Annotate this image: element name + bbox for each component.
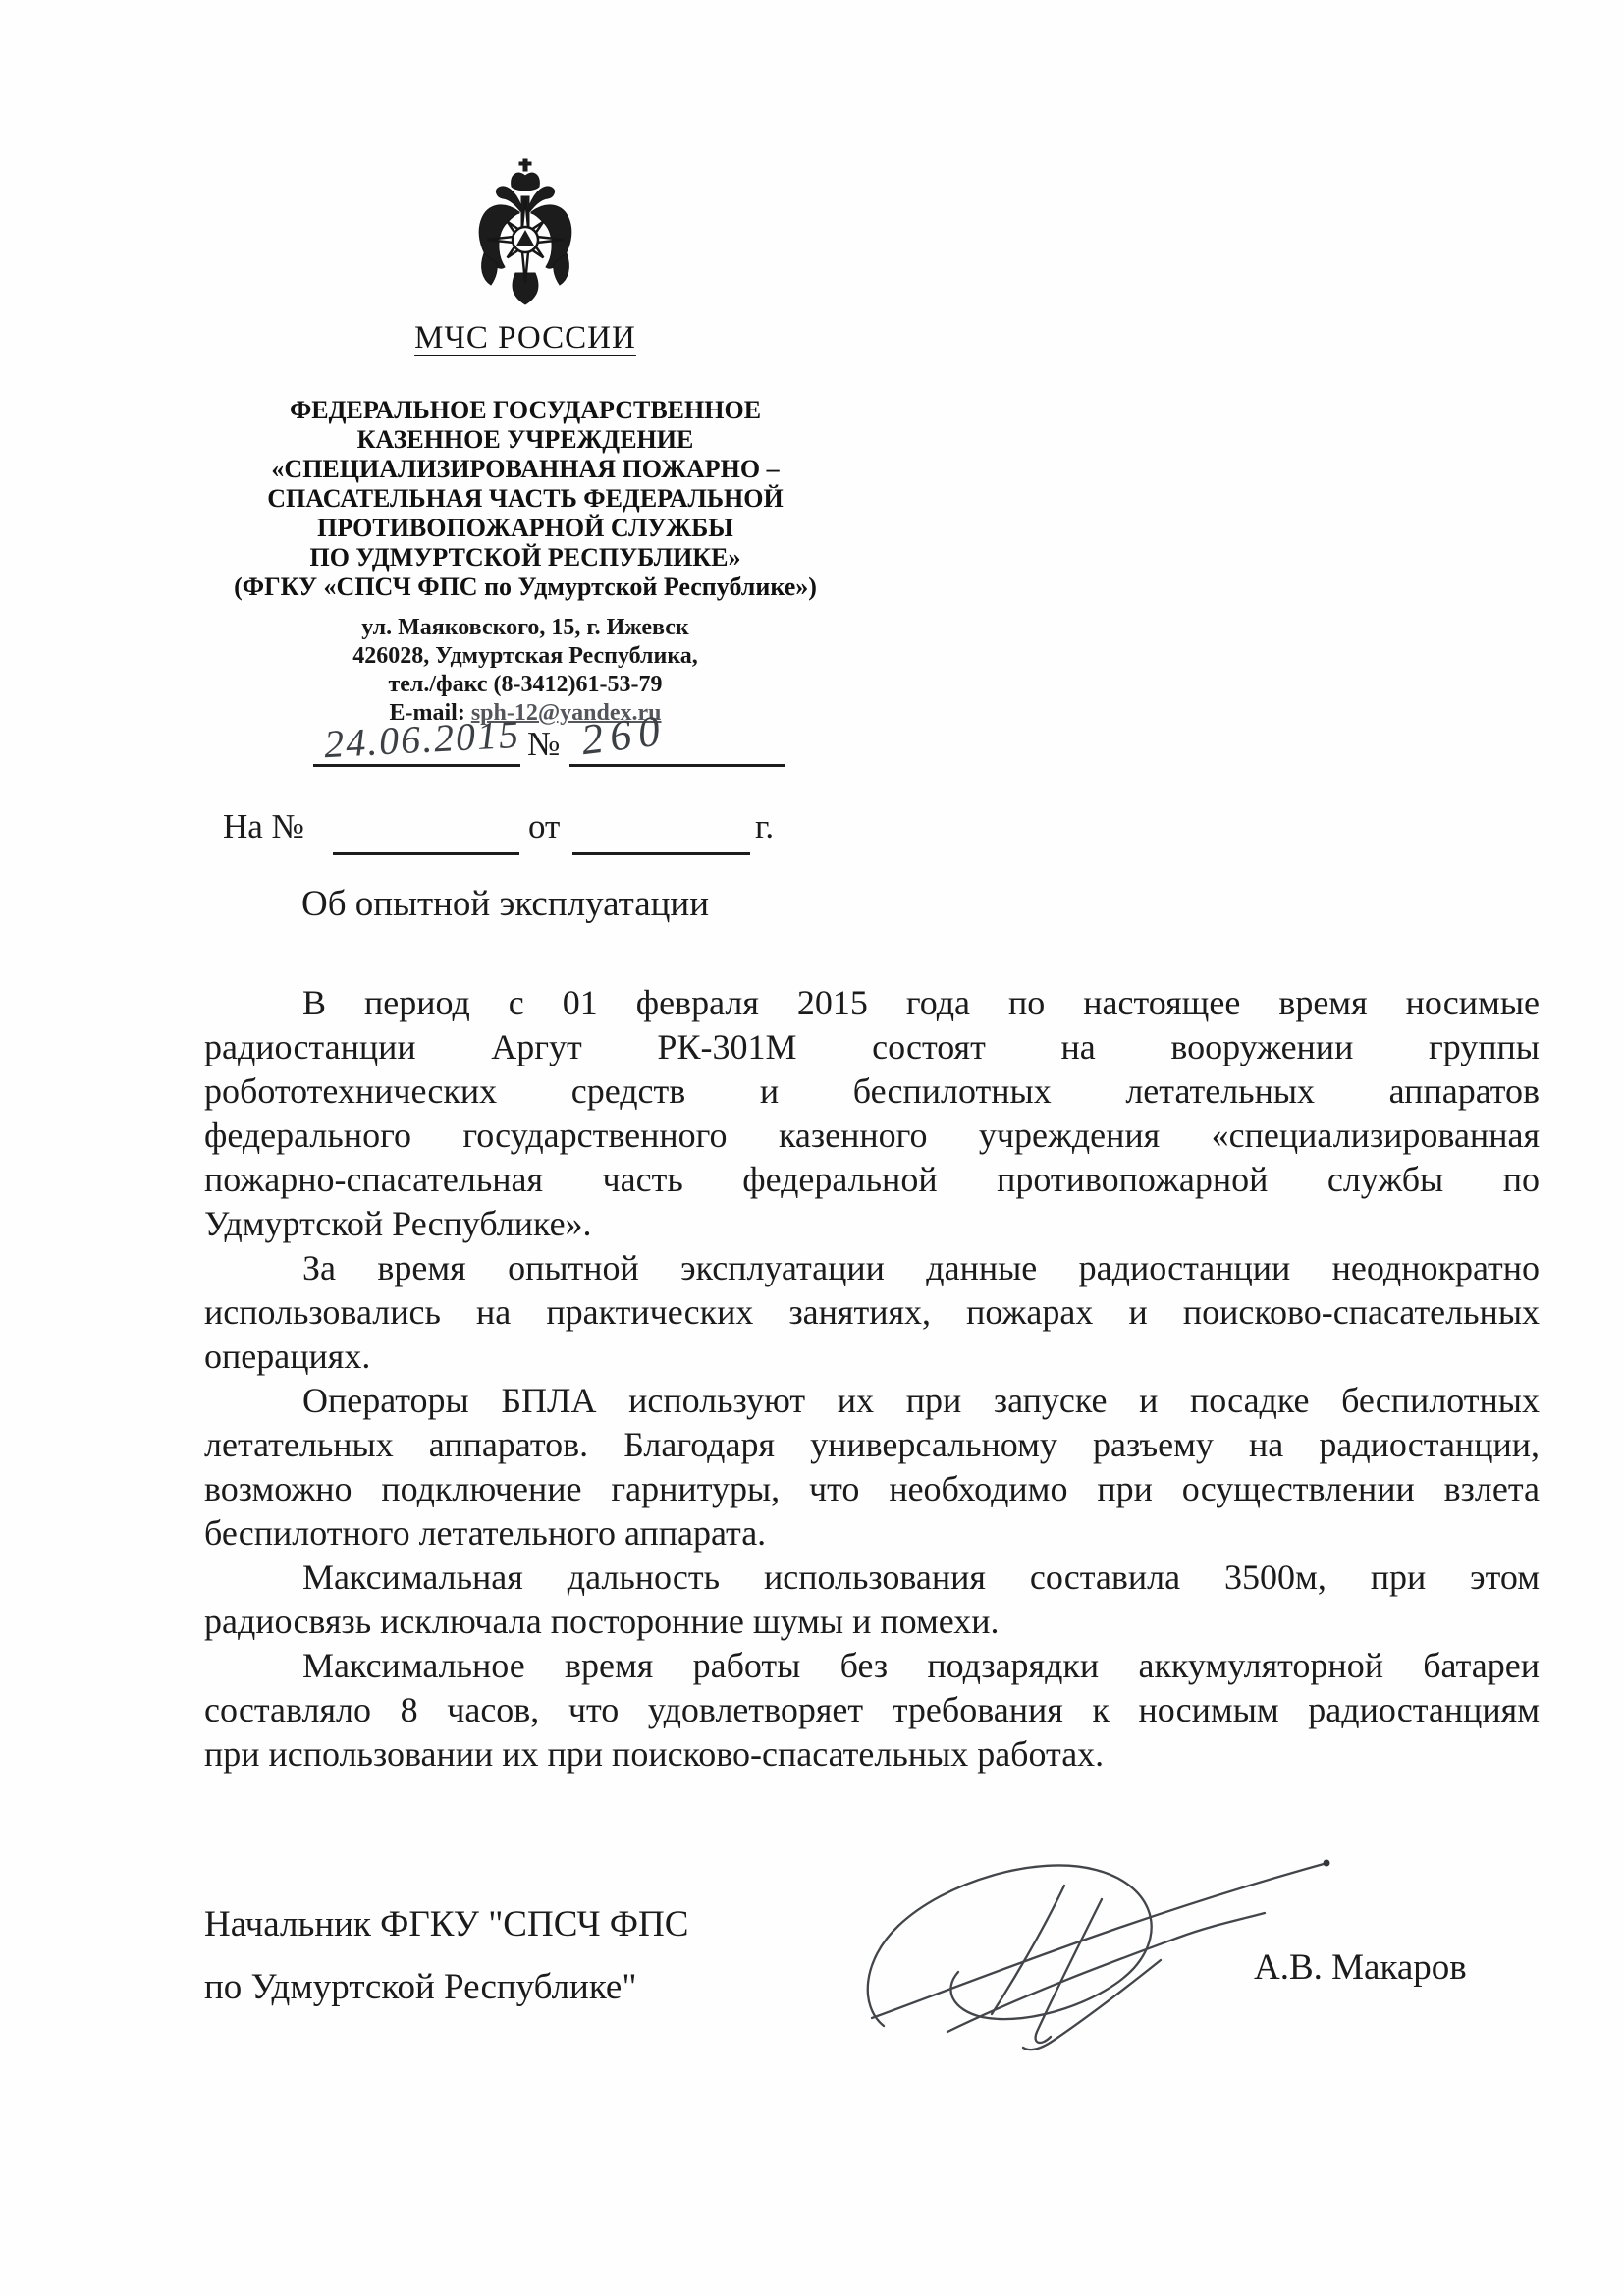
org-name-line: СПАСАТЕЛЬНАЯ ЧАСТЬ ФЕДЕРАЛЬНОЙ: [191, 484, 859, 514]
handwritten-number: 260: [578, 705, 670, 765]
letterhead: МЧС РОССИИ ФЕДЕРАЛЬНОЕ ГОСУДАРСТВЕННОЕ К…: [191, 157, 859, 728]
ministry-title: МЧС РОССИИ: [191, 320, 859, 356]
number-sign: №: [527, 725, 560, 764]
reply-ref-row: На № от г.: [0, 807, 1624, 866]
body-text-line: Максимальная дальность использования сос…: [204, 1556, 1540, 1600]
letter-body: В период с 01 февраля 2015 года по насто…: [204, 981, 1540, 1777]
signer-position-line: по Удмуртской Республике": [204, 1956, 688, 2019]
org-name-line: «СПЕЦИАЛИЗИРОВАННАЯ ПОЖАРНО –: [191, 455, 859, 484]
address-block: ул. Маяковского, 15, г. Ижевск 426028, У…: [191, 614, 859, 728]
body-text-line: использовались на практических занятиях,…: [204, 1290, 1540, 1335]
body-text-line: федерального государственного казенного …: [204, 1114, 1540, 1158]
body-text-line: составляло 8 часов, что удовлетворяет тр…: [204, 1688, 1540, 1732]
org-name-line: ПРОТИВОПОЖАРНОЙ СЛУЖБЫ: [191, 514, 859, 543]
body-text-line: возможно подключение гарнитуры, что необ…: [204, 1467, 1540, 1511]
signer-position: Начальник ФГКУ "СПСЧ ФПС по Удмуртской Р…: [204, 1893, 688, 2019]
reply-ref-label: На №: [223, 807, 304, 847]
signer-position-line: Начальник ФГКУ "СПСЧ ФПС: [204, 1893, 688, 1956]
address-region: 426028, Удмуртская Республика,: [191, 642, 859, 671]
outgoing-ref-row: 24.06.2015 № 260: [0, 720, 1624, 779]
body-text-line: радиостанции Аргут РК-301М состоят на во…: [204, 1025, 1540, 1069]
body-text-line: Удмуртской Республике».: [204, 1202, 1540, 1246]
body-text-line: беспилотного летательного аппарата.: [204, 1511, 1540, 1556]
address-street: ул. Маяковского, 15, г. Ижевск: [191, 614, 859, 642]
handwritten-date: 24.06.2015: [323, 711, 521, 767]
body-text-line: радиосвязь исключала посторонние шумы и …: [204, 1600, 1540, 1644]
date-blank-line: [313, 764, 520, 767]
signer-name: А.В. Макаров: [1254, 1946, 1467, 1989]
reply-number-blank-line: [333, 852, 519, 855]
body-text-line: при использовании их при поисково-спасат…: [204, 1732, 1540, 1777]
body-text-line: Операторы БПЛА используют их при запуске…: [204, 1379, 1540, 1423]
mchs-double-eagle-emblem-icon: [464, 157, 586, 306]
body-text-line: операциях.: [204, 1335, 1540, 1379]
reply-date-blank-line: [572, 852, 750, 855]
body-text-line: В период с 01 февраля 2015 года по насто…: [204, 981, 1540, 1025]
body-text-line: За время опытной эксплуатации данные рад…: [204, 1246, 1540, 1290]
organization-name: ФЕДЕРАЛЬНОЕ ГОСУДАРСТВЕННОЕ КАЗЕННОЕ УЧР…: [191, 396, 859, 602]
scanned-letter-page: МЧС РОССИИ ФЕДЕРАЛЬНОЕ ГОСУДАРСТВЕННОЕ К…: [0, 0, 1624, 2296]
body-text-line: робототехнических средств и беспилотных …: [204, 1069, 1540, 1114]
org-short-name-line: (ФГКУ «СПСЧ ФПС по Удмуртской Республике…: [191, 573, 859, 602]
number-blank-line: [569, 764, 785, 767]
reply-from-label: от: [528, 807, 560, 847]
org-name-line: КАЗЕННОЕ УЧРЕЖДЕНИЕ: [191, 425, 859, 455]
subject-line: Об опытной эксплуатации: [301, 883, 709, 925]
org-name-line: ПО УДМУРТСКОЙ РЕСПУБЛИКЕ»: [191, 543, 859, 573]
body-text-line: пожарно-спасательная часть федеральной п…: [204, 1158, 1540, 1202]
org-name-line: ФЕДЕРАЛЬНОЕ ГОСУДАРСТВЕННОЕ: [191, 396, 859, 425]
year-suffix: г.: [755, 807, 774, 847]
body-text-line: Максимальное время работы без подзарядки…: [204, 1644, 1540, 1688]
body-text-line: летательных аппаратов. Благодаря универс…: [204, 1423, 1540, 1467]
address-phone: тел./факс (8-3412)61-53-79: [191, 671, 859, 699]
